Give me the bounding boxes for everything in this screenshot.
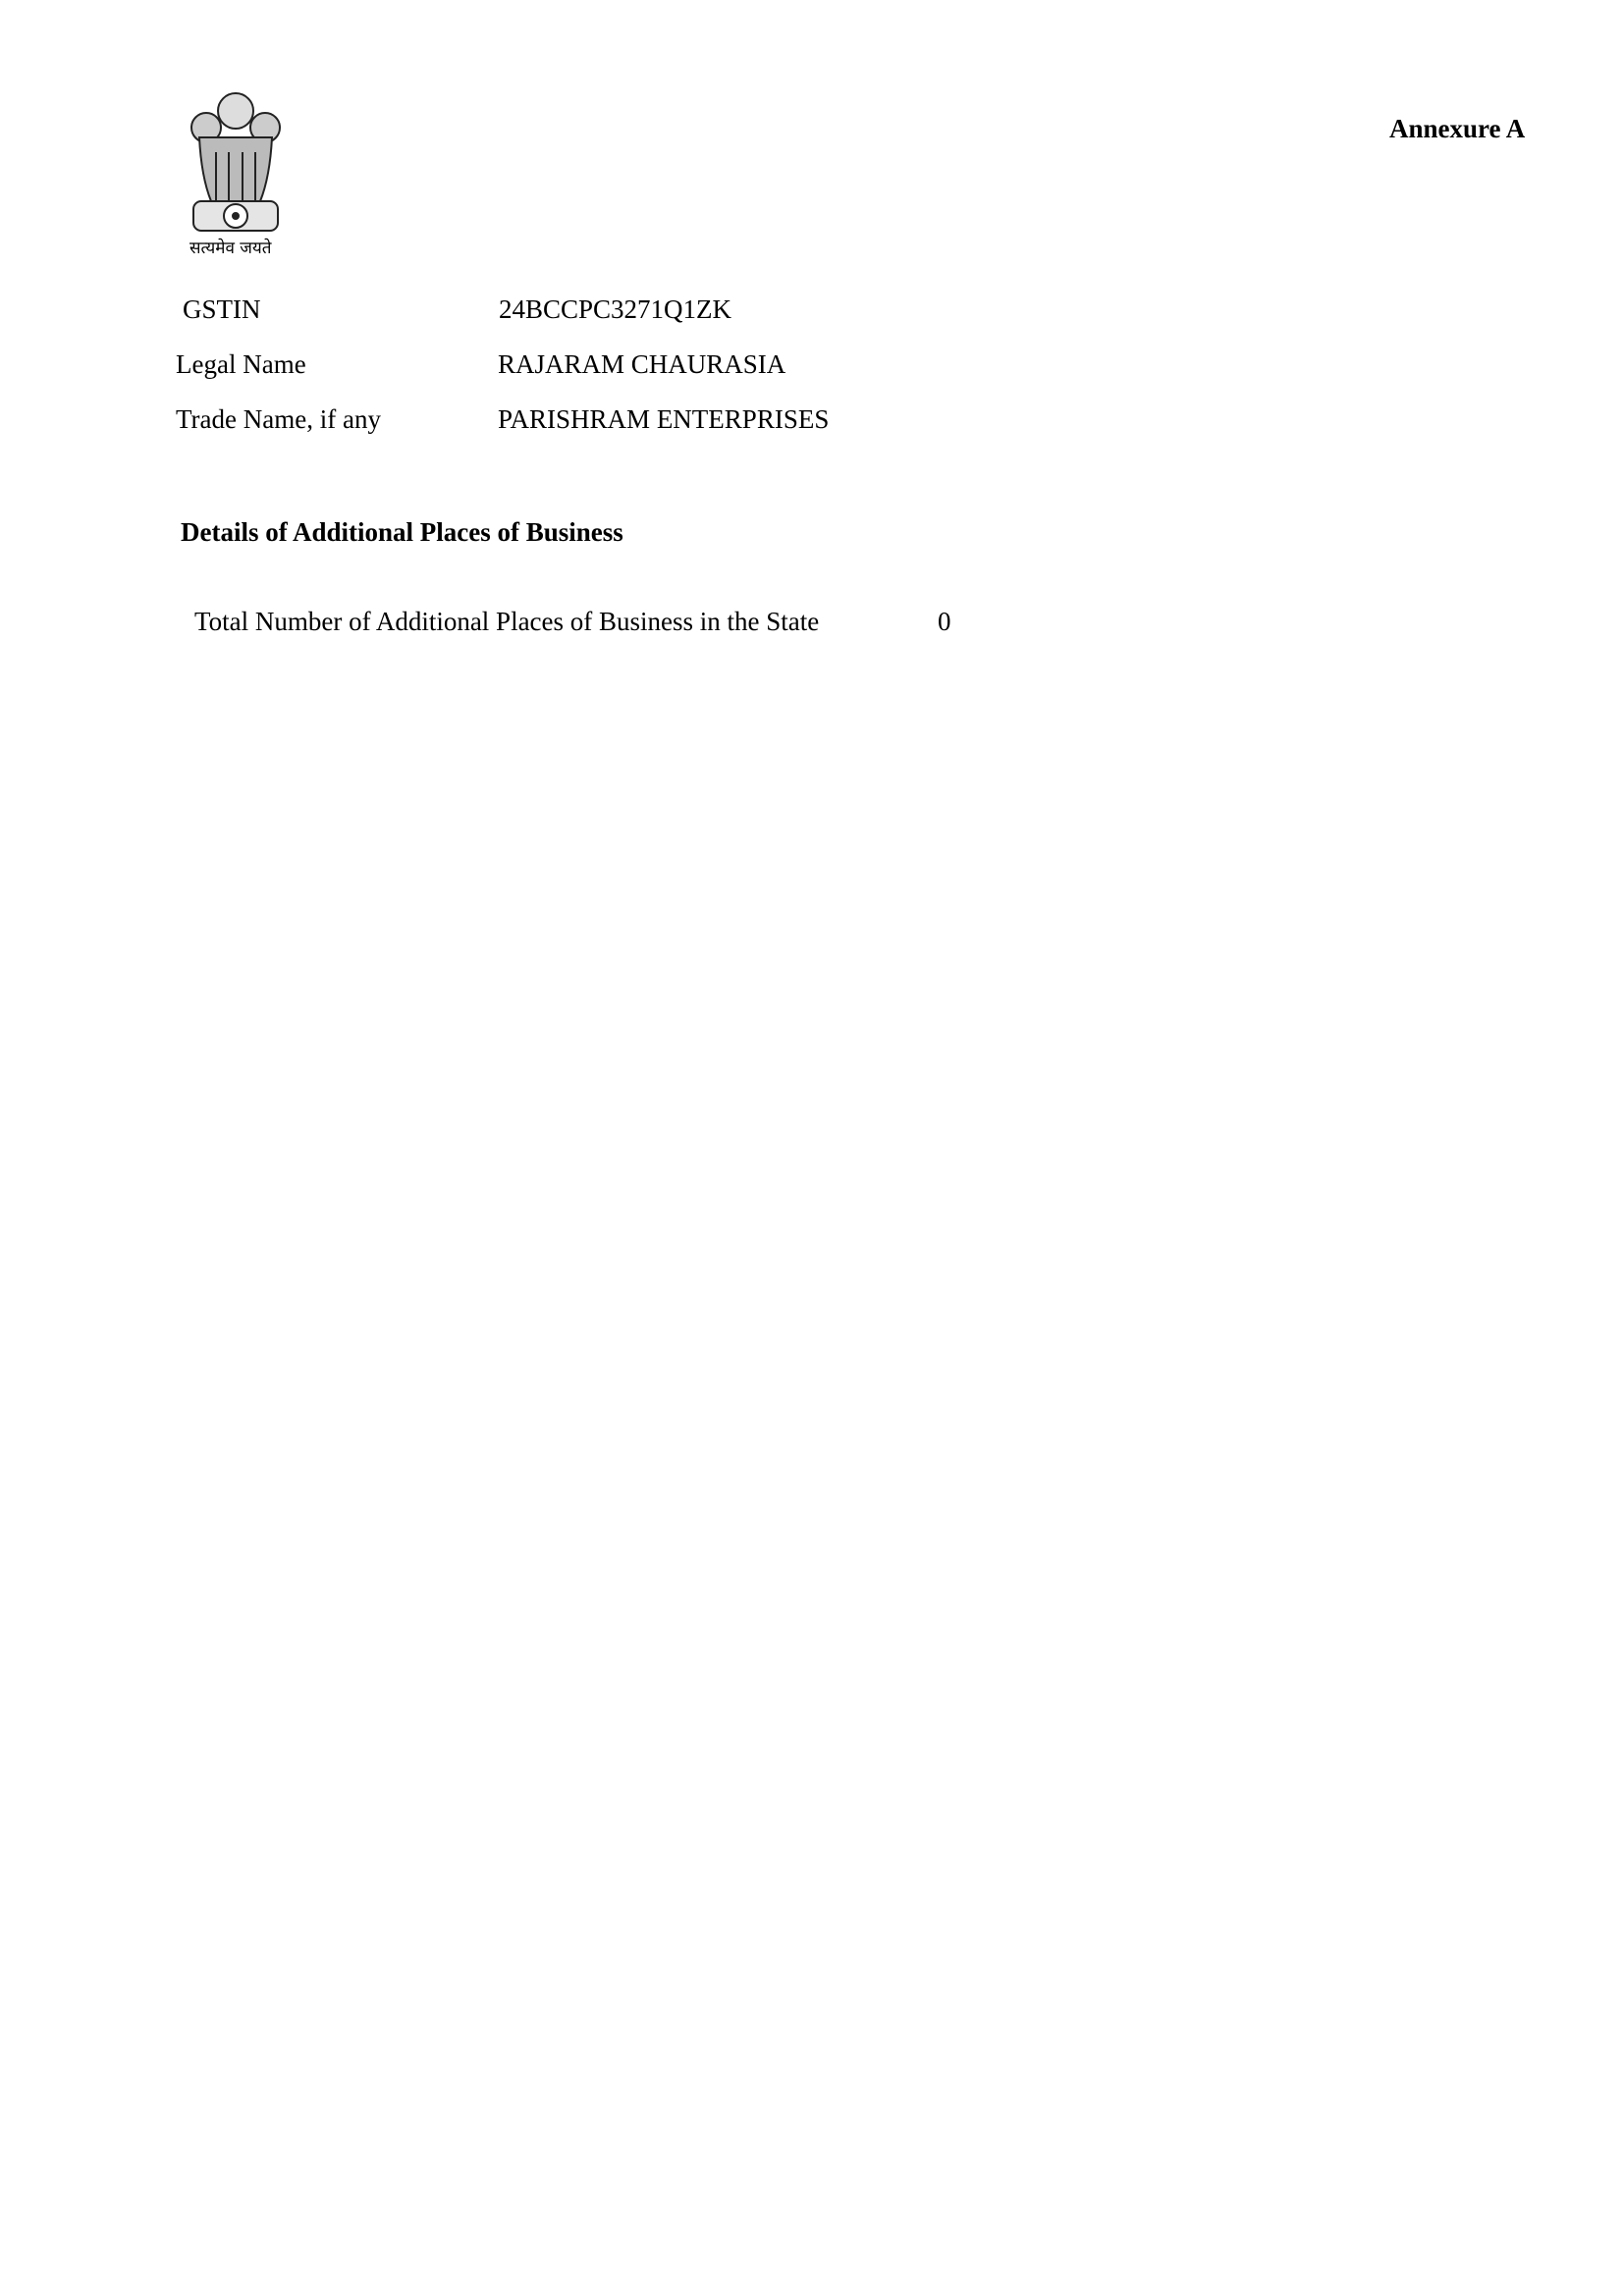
emblem-motto: सत्यमेव जयते xyxy=(189,236,271,258)
legal-name-label: Legal Name xyxy=(176,349,306,380)
annexure-title: Annexure A xyxy=(1389,114,1525,144)
gstin-value: 24BCCPC3271Q1ZK xyxy=(499,294,731,325)
trade-name-label: Trade Name, if any xyxy=(176,404,381,435)
trade-name-value: PARISHRAM ENTERPRISES xyxy=(498,404,829,435)
national-emblem-icon xyxy=(182,83,290,260)
section-title: Details of Additional Places of Business xyxy=(181,517,623,548)
gstin-label: GSTIN xyxy=(183,294,261,325)
total-places-label: Total Number of Additional Places of Bus… xyxy=(194,607,819,637)
total-places-value: 0 xyxy=(938,607,951,637)
legal-name-value: RAJARAM CHAURASIA xyxy=(498,349,785,380)
